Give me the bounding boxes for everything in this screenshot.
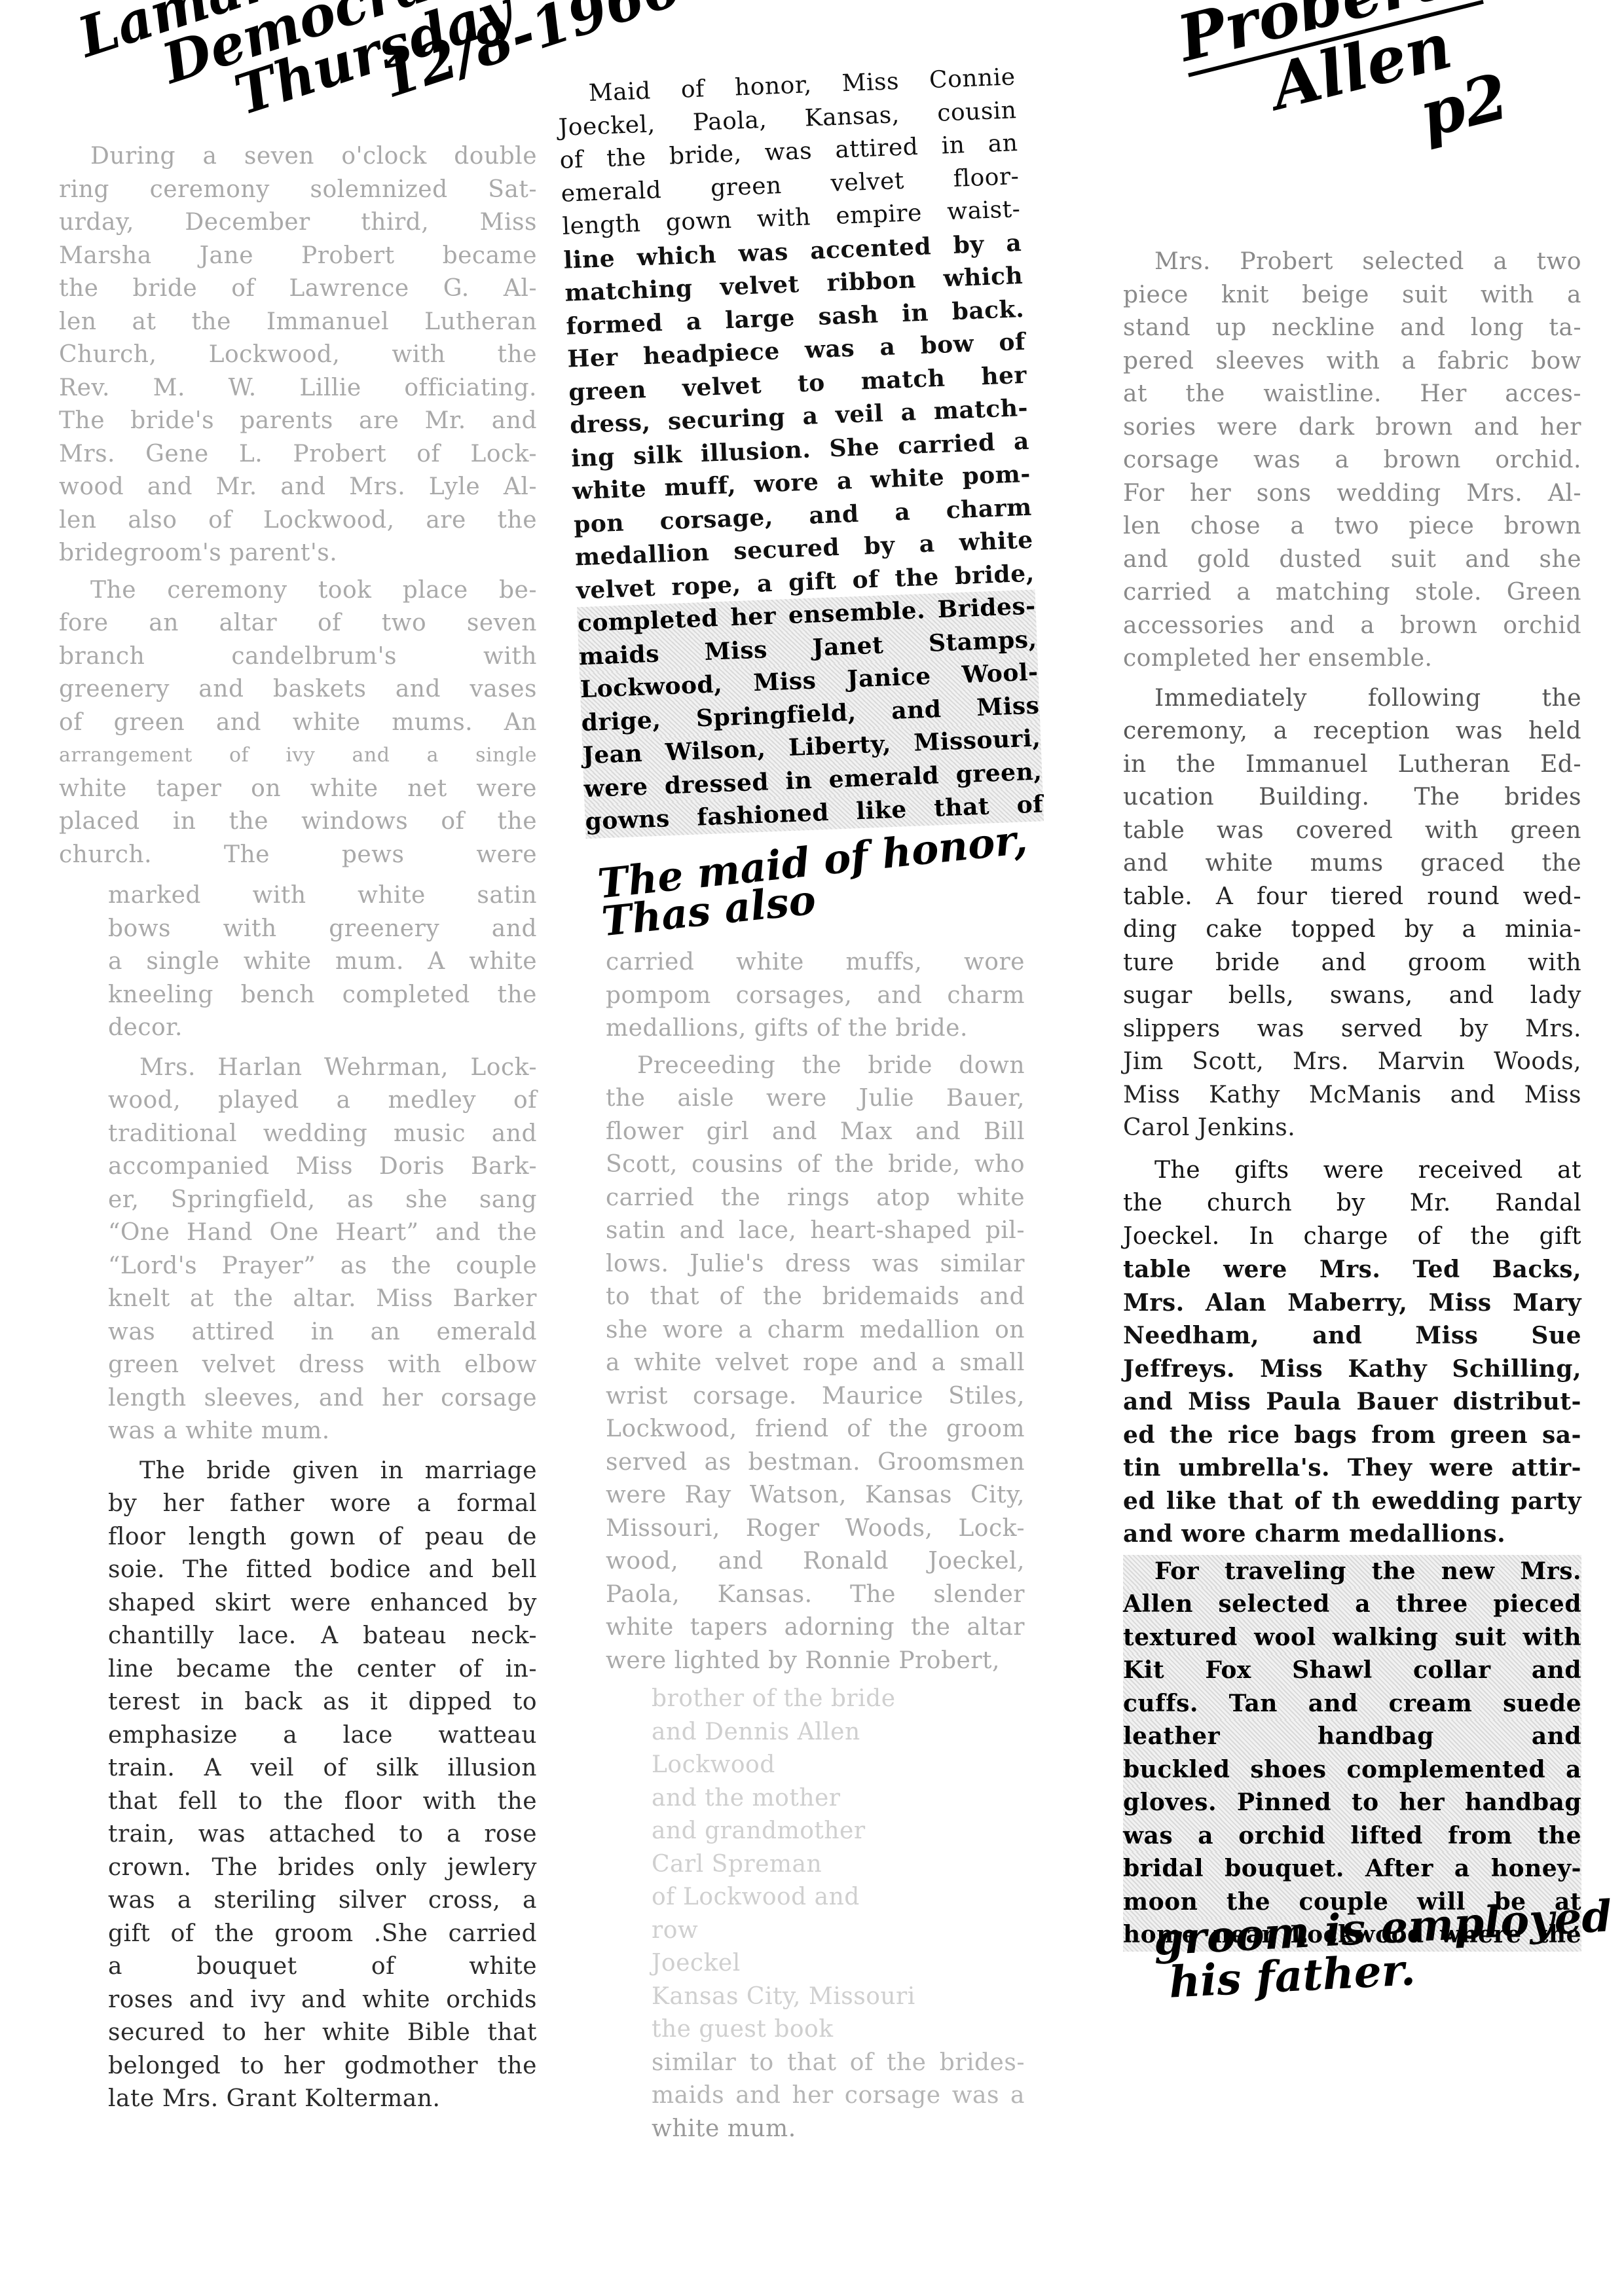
text-line: len also of Lockwood, are the bbox=[59, 504, 537, 538]
text-line: of green and white mums. An bbox=[59, 706, 537, 740]
text-line: Preceeding the bride down bbox=[606, 1049, 1025, 1083]
text-line: wood and Mr. and Mrs. Lyle Al- bbox=[59, 471, 537, 504]
text-line: decor. bbox=[108, 1011, 537, 1045]
text-line: to that of the bridemaids and bbox=[606, 1281, 1025, 1314]
paragraph-going-away: For traveling the new Mrs. Allen selecte… bbox=[1123, 1555, 1581, 1952]
text-line: satin and lace, heart-shaped pil- bbox=[606, 1214, 1025, 1248]
paragraph-ceremony: During a seven o'clock double ring cerem… bbox=[59, 140, 537, 570]
text-line: belonged to her godmother the bbox=[108, 2050, 537, 2083]
text-line: traditional wedding music and bbox=[108, 1118, 537, 1151]
text-line: Carol Jenkins. bbox=[1123, 1112, 1581, 1145]
text-line: train, was attached to a rose bbox=[108, 1818, 537, 1851]
text-line: and the mother bbox=[652, 1782, 1025, 1815]
text-line: Marsha Jane Probert became bbox=[59, 240, 537, 273]
text-line: the guest book bbox=[652, 2013, 1025, 2047]
text-line: were lighted by Ronnie Probert, bbox=[606, 1645, 1025, 1678]
text-line: at the waistline. Her acces- bbox=[1123, 378, 1581, 411]
text-line: Immediately following the bbox=[1123, 682, 1581, 716]
text-line: Carl Spreman bbox=[652, 1848, 1025, 1882]
text-line: she wore a charm medallion on bbox=[606, 1314, 1025, 1347]
text-line: gloves. Pinned to her handbag bbox=[1123, 1786, 1581, 1819]
text-line: Kit Fox Shawl collar and bbox=[1123, 1654, 1581, 1687]
text-line: greenery and baskets and vases bbox=[59, 673, 537, 706]
text-line: secured to her white Bible that bbox=[108, 2016, 537, 2050]
text-line: served as bestman. Groomsmen bbox=[606, 1446, 1025, 1480]
text-line: terest in back as it dipped to bbox=[108, 1686, 537, 1719]
handwritten-names-note: Probert Allen p2 bbox=[1172, 0, 1514, 199]
text-line: Allen selected a three pieced bbox=[1123, 1588, 1581, 1621]
text-line: carried the rings atop white bbox=[606, 1182, 1025, 1215]
text-line: row bbox=[652, 1914, 1025, 1948]
text-line: sugar bells, swans, and lady bbox=[1123, 979, 1581, 1013]
text-line: knelt at the altar. Miss Barker bbox=[108, 1283, 537, 1316]
text-line: pered sleeves with a fabric bow bbox=[1123, 345, 1581, 378]
text-line: accompanied Miss Doris Bark- bbox=[108, 1150, 537, 1184]
text-line: crown. The brides only jewlery bbox=[108, 1851, 537, 1885]
paragraph-mothers-attire: Mrs. Probert selected a two piece knit b… bbox=[1123, 246, 1581, 676]
paragraph-processional: Preceeding the bride down the aisle were… bbox=[606, 1049, 1025, 1678]
text-line: and white mums graced the bbox=[1123, 847, 1581, 881]
text-line: completed her ensemble. bbox=[1123, 642, 1581, 676]
text-line: Missouri, Roger Woods, Lock- bbox=[606, 1512, 1025, 1546]
text-line: lows. Julie's dress was similar bbox=[606, 1248, 1025, 1281]
text-line: Mrs. Gene L. Probert of Lock- bbox=[59, 438, 537, 471]
handwritten-maid-note: The maid of honor, Thas also bbox=[596, 819, 1033, 942]
text-line: emphasize a lace watteau bbox=[108, 1719, 537, 1753]
text-line: Church, Lockwood, with the bbox=[59, 338, 537, 372]
text-line: Mrs. Probert selected a two bbox=[1123, 246, 1581, 279]
text-line: piece knit beige suit with a bbox=[1123, 279, 1581, 312]
text-line: roses and ivy and white orchids bbox=[108, 1984, 537, 2017]
text-line: and grandmother bbox=[652, 1815, 1025, 1848]
text-line: “Lord's Prayer” as the couple bbox=[108, 1250, 537, 1283]
text-line: white taper on white net were bbox=[59, 773, 537, 806]
text-line: Lockwood bbox=[652, 1749, 1025, 1782]
text-line: table. A four tiered round wed- bbox=[1123, 881, 1581, 914]
newspaper-clipping-page: Lamar Democrat Thursday 12/8-1966 Prober… bbox=[0, 0, 1624, 2296]
text-line: len chose a two piece brown bbox=[1123, 510, 1581, 543]
text-line: a bouquet of white bbox=[108, 1950, 537, 1984]
text-line: corsage was a brown orchid. bbox=[1123, 444, 1581, 477]
text-line: branch candelbrum's with bbox=[59, 640, 537, 674]
text-line: ring ceremony solemnized Sat- bbox=[59, 173, 537, 207]
text-line: marked with white satin bbox=[108, 879, 537, 913]
text-line: Kansas City, Missouri bbox=[652, 1980, 1025, 2014]
text-line: accessories and a brown orchid bbox=[1123, 610, 1581, 643]
text-line: carried a matching stole. Green bbox=[1123, 576, 1581, 610]
text-line: bows with greenery and bbox=[108, 913, 537, 946]
text-line: gift of the groom .She carried bbox=[108, 1918, 537, 1951]
text-line: ucation Building. The brides bbox=[1123, 781, 1581, 814]
text-line: len at the Immanuel Lutheran bbox=[59, 306, 537, 339]
text-line: length sleeves, and her corsage bbox=[108, 1382, 537, 1415]
article-column-middle-lower: carried white muffs, wore pompom corsage… bbox=[606, 946, 1025, 2145]
text-line: ceremony, a reception was held bbox=[1123, 715, 1581, 748]
text-line: The bride given in marriage bbox=[108, 1455, 537, 1488]
text-line: fore an altar of two seven bbox=[59, 607, 537, 640]
text-line: were Ray Watson, Kansas City, bbox=[606, 1479, 1025, 1512]
text-line: carried white muffs, wore bbox=[606, 946, 1025, 979]
text-line: of Lockwood and bbox=[652, 1881, 1025, 1914]
text-line: “One Hand One Heart” and the bbox=[108, 1216, 537, 1250]
article-column-left: During a seven o'clock double ring cerem… bbox=[59, 140, 537, 2116]
text-line: church. The pews were bbox=[59, 839, 537, 872]
article-column-middle: Maid of honor, Miss Connie Joeckel, Paol… bbox=[557, 61, 1044, 839]
text-line: white mum. bbox=[652, 2113, 1025, 2146]
text-line: table was covered with green bbox=[1123, 814, 1581, 848]
text-line: sories were dark brown and her bbox=[1123, 411, 1581, 445]
paragraph-bride-gown: The bride given in marriage by her fathe… bbox=[108, 1455, 537, 2116]
text-line: The gifts were received at bbox=[1123, 1154, 1581, 1188]
text-line: table were Mrs. Ted Backs, bbox=[1123, 1253, 1581, 1286]
text-line: the bride of Lawrence G. Al- bbox=[59, 272, 537, 306]
text-line: the church by Mr. Randal bbox=[1123, 1187, 1581, 1220]
paragraph-music: Mrs. Harlan Wehrman, Lock- wood, played … bbox=[108, 1051, 537, 1448]
text-line: Jim Scott, Mrs. Marvin Woods, bbox=[1123, 1046, 1581, 1079]
text-line: similar to that of the brides- bbox=[652, 2047, 1025, 2080]
paragraph-gifts: The gifts were received at the church by… bbox=[1123, 1154, 1581, 1551]
text-line: Jeffreys. Miss Kathy Schilling, bbox=[1123, 1353, 1581, 1386]
text-line: bridal bouquet. After a honey- bbox=[1123, 1852, 1581, 1886]
text-line: flower girl and Max and Bill bbox=[606, 1116, 1025, 1149]
text-line: ed like that of th ewedding party bbox=[1123, 1485, 1581, 1518]
text-line: was a steriling silver cross, a bbox=[108, 1884, 537, 1918]
article-column-right: Mrs. Probert selected a two piece knit b… bbox=[1123, 246, 1581, 1952]
text-line: maids and her corsage was a bbox=[652, 2079, 1025, 2113]
paragraph-faded-guest-book: brother of the bride and Dennis Allen Lo… bbox=[652, 1683, 1025, 2145]
text-line: Mrs. Alan Maberry, Miss Mary bbox=[1123, 1286, 1581, 1320]
text-line: the aisle were Julie Bauer, bbox=[606, 1082, 1025, 1116]
text-line: Paola, Kansas. The slender bbox=[606, 1578, 1025, 1612]
text-line: a white velvet rope and a small bbox=[606, 1347, 1025, 1380]
text-line: leather handbag and bbox=[1123, 1720, 1581, 1753]
text-line: For traveling the new Mrs. bbox=[1123, 1555, 1581, 1588]
text-line: and wore charm medallions. bbox=[1123, 1518, 1581, 1551]
text-line: was a white mum. bbox=[108, 1415, 537, 1448]
text-line: tin umbrella's. They were attir- bbox=[1123, 1451, 1581, 1485]
text-line: and Miss Paula Bauer distribut- bbox=[1123, 1385, 1581, 1419]
text-line: buckled shoes complemented a bbox=[1123, 1753, 1581, 1787]
text-line: er, Springfield, as she sang bbox=[108, 1184, 537, 1217]
text-line: by her father wore a formal bbox=[108, 1487, 537, 1521]
text-line: Joeckel. In charge of the gift bbox=[1123, 1220, 1581, 1254]
handwritten-line: p2 bbox=[1414, 65, 1514, 147]
text-line: floor length gown of peau de bbox=[108, 1521, 537, 1554]
text-line: textured wool walking suit with bbox=[1123, 1621, 1581, 1654]
text-line: Lockwood, friend of the groom bbox=[606, 1413, 1025, 1446]
text-line: in the Immanuel Lutheran Ed- bbox=[1123, 748, 1581, 782]
text-line: that fell to the floor with the bbox=[108, 1785, 537, 1819]
text-line: placed in the windows of the bbox=[59, 805, 537, 839]
text-line: urday, December third, Miss bbox=[59, 206, 537, 240]
text-line: late Mrs. Grant Kolterman. bbox=[108, 2083, 537, 2116]
text-line: soie. The fitted bodice and bell bbox=[108, 1554, 537, 1587]
text-line: green velvet dress with elbow bbox=[108, 1349, 537, 1382]
text-line: bridegroom's parent's. bbox=[59, 537, 537, 570]
paragraph-reception: Immediately following the ceremony, a re… bbox=[1123, 682, 1581, 1145]
text-line: chantilly lace. A bateau neck- bbox=[108, 1620, 537, 1653]
text-line: ding cake topped by a minia- bbox=[1123, 913, 1581, 947]
text-line: cuffs. Tan and cream suede bbox=[1123, 1687, 1581, 1721]
text-line: During a seven o'clock double bbox=[59, 140, 537, 173]
text-line: wrist corsage. Maurice Stiles, bbox=[606, 1380, 1025, 1413]
text-line: was a orchid lifted from the bbox=[1123, 1819, 1581, 1853]
text-line: Joeckel bbox=[652, 1947, 1025, 1980]
text-line: ture bride and groom with bbox=[1123, 947, 1581, 980]
text-line: The ceremony took place be- bbox=[59, 574, 537, 608]
text-line: Rev. M. W. Lillie officiating. bbox=[59, 372, 537, 405]
text-line: was attired in an emerald bbox=[108, 1316, 537, 1349]
text-line: Miss Kathy McManis and Miss bbox=[1123, 1079, 1581, 1112]
text-line: and gold dusted suit and she bbox=[1123, 543, 1581, 577]
text-line: arrangement of ivy and a single bbox=[59, 739, 537, 773]
text-line: white tapers adorning the altar bbox=[606, 1611, 1025, 1645]
paragraph-decor: marked with white satin bows with greene… bbox=[108, 879, 537, 1045]
text-line: wood, and Ronald Joeckel, bbox=[606, 1545, 1025, 1578]
text-line: shaped skirt were enhanced by bbox=[108, 1587, 537, 1620]
text-line: ed the rice bags from green sa- bbox=[1123, 1419, 1581, 1452]
text-line: medallions, gifts of the bride. bbox=[606, 1012, 1025, 1046]
text-line: a single white mum. A white bbox=[108, 945, 537, 979]
text-line: line became the center of in- bbox=[108, 1653, 537, 1686]
paragraph-maid-of-honor: Maid of honor, Miss Connie Joeckel, Paol… bbox=[557, 61, 1044, 839]
text-line: slippers was served by Mrs. bbox=[1123, 1013, 1581, 1046]
paragraph-bridesmaids-tail: carried white muffs, wore pompom corsage… bbox=[606, 946, 1025, 1046]
text-line: train. A veil of silk illusion bbox=[108, 1752, 537, 1785]
text-line: The bride's parents are Mr. and bbox=[59, 405, 537, 438]
paragraph-altar: The ceremony took place be- fore an alta… bbox=[59, 574, 537, 872]
text-line: brother of the bride bbox=[652, 1683, 1025, 1716]
text-line: kneeling bench completed the bbox=[108, 979, 537, 1012]
text-line: Mrs. Harlan Wehrman, Lock- bbox=[108, 1051, 537, 1085]
text-line: wood, played a medley of bbox=[108, 1084, 537, 1118]
text-line: pompom corsages, and charm bbox=[606, 979, 1025, 1013]
text-line: stand up neckline and long ta- bbox=[1123, 312, 1581, 345]
text-line: For her sons wedding Mrs. Al- bbox=[1123, 477, 1581, 511]
text-line: Needham, and Miss Sue bbox=[1123, 1319, 1581, 1353]
text-line: Scott, cousins of the bride, who bbox=[606, 1148, 1025, 1182]
text-line: and Dennis Allen bbox=[652, 1716, 1025, 1749]
